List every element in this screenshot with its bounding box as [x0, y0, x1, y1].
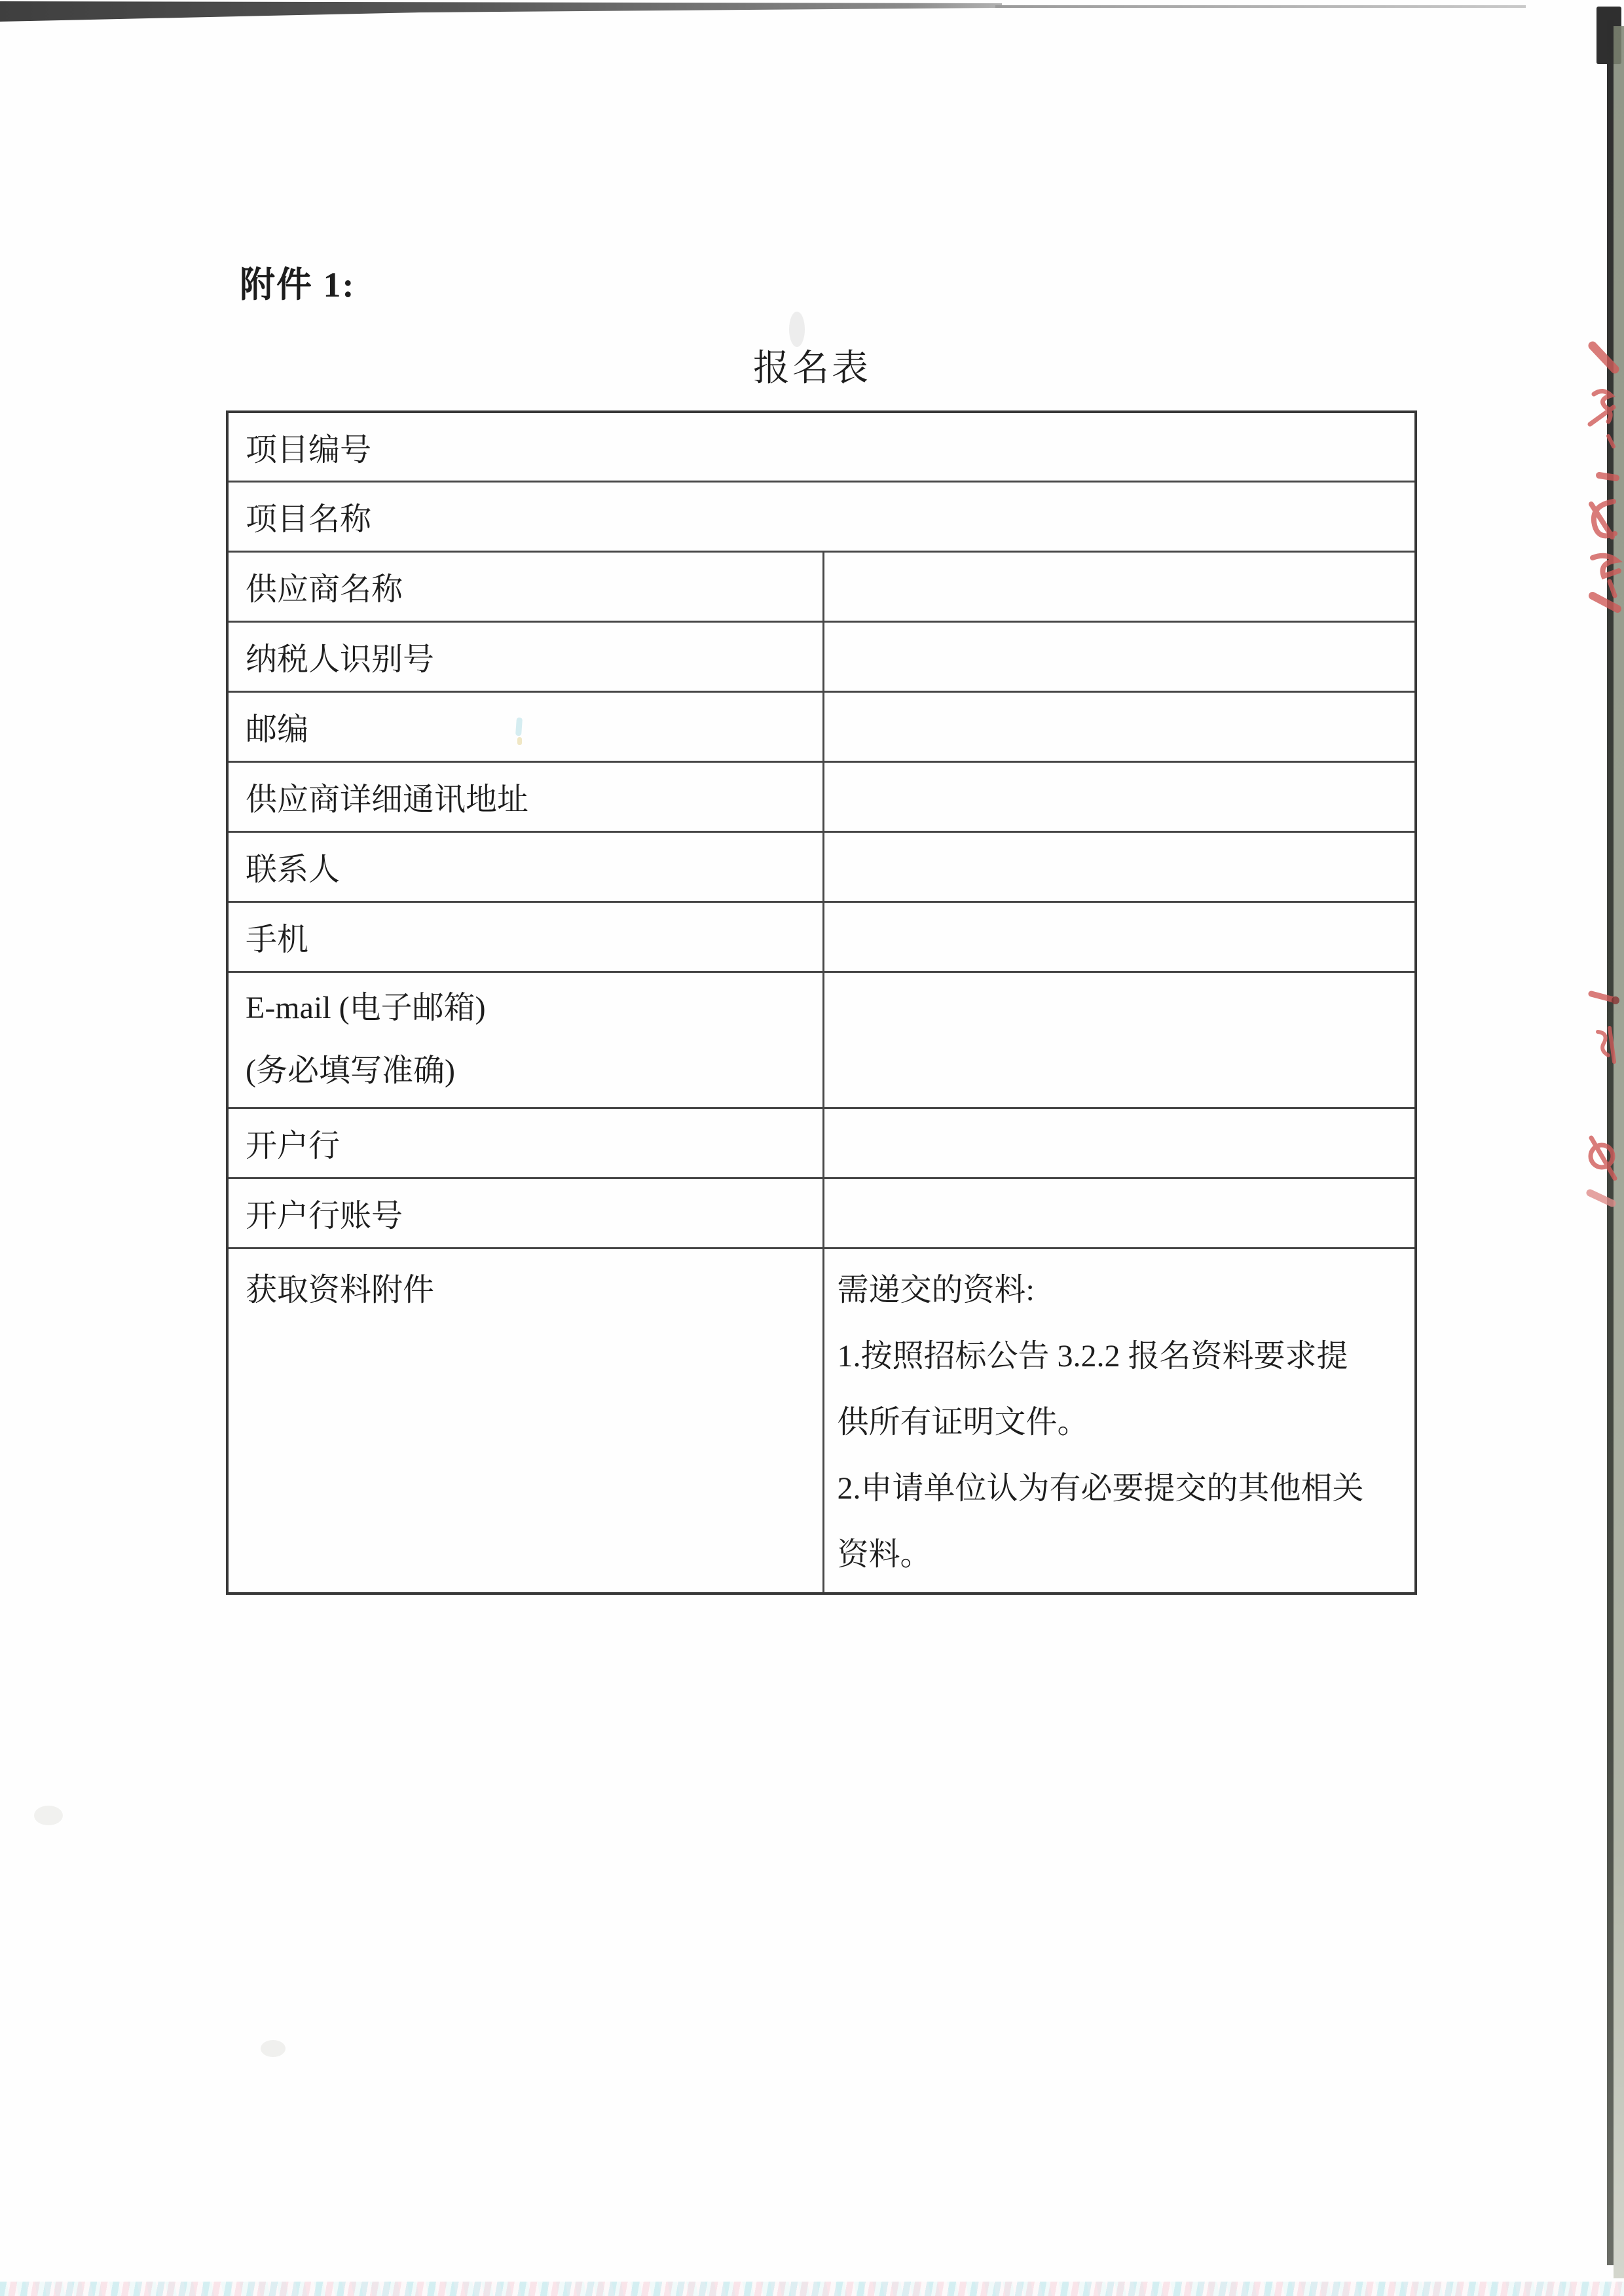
label-cell: 项目名称: [227, 481, 1416, 551]
label-cell: 获取资料附件: [227, 1248, 823, 1594]
row-label: 邮编: [246, 712, 308, 747]
note-line: 1.按照招标公告 3.2.2 报名资料要求提: [838, 1323, 1411, 1389]
note-line: 供所有证明文件。: [838, 1389, 1411, 1455]
table-row: 开户行: [227, 1108, 1416, 1178]
row-label-line2: (务必填写准确): [246, 1040, 822, 1102]
registration-form-table: 项目编号 项目名称 供应商名称 纳税人识别号: [226, 410, 1417, 1595]
scan-edge-top: [0, 0, 1008, 25]
table-row: 联系人: [227, 831, 1416, 902]
scan-smudge: [261, 2040, 286, 2057]
label-cell: 开户行: [227, 1108, 823, 1178]
row-label: 手机: [246, 922, 308, 957]
value-cell: [823, 691, 1416, 761]
scan-edge-top-line: [995, 5, 1526, 8]
value-cell: [823, 621, 1416, 691]
row-label: 获取资料附件: [246, 1257, 822, 1323]
value-cell: [823, 831, 1416, 902]
label-cell: 供应商详细通讯地址: [227, 761, 823, 831]
label-cell: 开户行账号: [227, 1178, 823, 1248]
form-table-body: 项目编号 项目名称 供应商名称 纳税人识别号: [227, 412, 1416, 1594]
table-row: 项目名称: [227, 481, 1416, 551]
table-row: 供应商详细通讯地址: [227, 761, 1416, 831]
attachment-heading: 附件 1:: [240, 257, 355, 307]
value-cell: [823, 972, 1416, 1108]
row-label: 纳税人识别号: [246, 642, 434, 677]
row-label: 开户行账号: [246, 1199, 403, 1233]
scanned-document-page: 附件 1: 报名表 项目编号 项目名称 供应商名称: [0, 0, 1624, 2296]
label-cell: 手机: [227, 902, 823, 972]
page-title: 报名表: [0, 339, 1624, 392]
note-line: 需递交的资料:: [838, 1257, 1411, 1323]
notes-cell: 需递交的资料: 1.按照招标公告 3.2.2 报名资料要求提 供所有证明文件。 …: [823, 1248, 1416, 1594]
label-cell: 项目编号: [227, 412, 1416, 481]
row-label: 项目名称: [246, 502, 371, 537]
note-line: 2.申请单位认为有必要提交的其他相关: [838, 1455, 1411, 1522]
row-label: 联系人: [246, 852, 340, 887]
table-row: 开户行账号: [227, 1178, 1416, 1248]
value-cell: [823, 1108, 1416, 1178]
table-row: 邮编: [227, 691, 1416, 761]
row-label: 供应商详细通讯地址: [246, 782, 528, 817]
value-cell: [823, 761, 1416, 831]
value-cell: [823, 1178, 1416, 1248]
table-row: 手机: [227, 902, 1416, 972]
red-margin-marks: [1572, 308, 1624, 1237]
note-line: 资料。: [838, 1522, 1411, 1588]
table-row: 纳税人识别号: [227, 621, 1416, 691]
row-label: 供应商名称: [246, 572, 403, 607]
row-label: 项目编号: [246, 433, 371, 467]
table-row: 获取资料附件 需递交的资料: 1.按照招标公告 3.2.2 报名资料要求提 供所…: [227, 1248, 1416, 1594]
value-cell: [823, 902, 1416, 972]
row-label-line1: E-mail (电子邮箱): [246, 977, 822, 1040]
label-cell: 供应商名称: [227, 551, 823, 621]
notes-block: 需递交的资料: 1.按照招标公告 3.2.2 报名资料要求提 供所有证明文件。 …: [838, 1257, 1411, 1588]
table-row: 项目编号: [227, 412, 1416, 481]
label-cell: E-mail (电子邮箱) (务必填写准确): [227, 972, 823, 1108]
row-label: 开户行: [246, 1129, 340, 1163]
label-cell: 纳税人识别号: [227, 621, 823, 691]
label-cell: 邮编: [227, 691, 823, 761]
scan-smudge: [34, 1806, 63, 1825]
security-pattern-strip: [0, 2282, 1624, 2296]
table-row: E-mail (电子邮箱) (务必填写准确): [227, 972, 1416, 1108]
value-cell: [823, 551, 1416, 621]
label-cell: 联系人: [227, 831, 823, 902]
table-row: 供应商名称: [227, 551, 1416, 621]
